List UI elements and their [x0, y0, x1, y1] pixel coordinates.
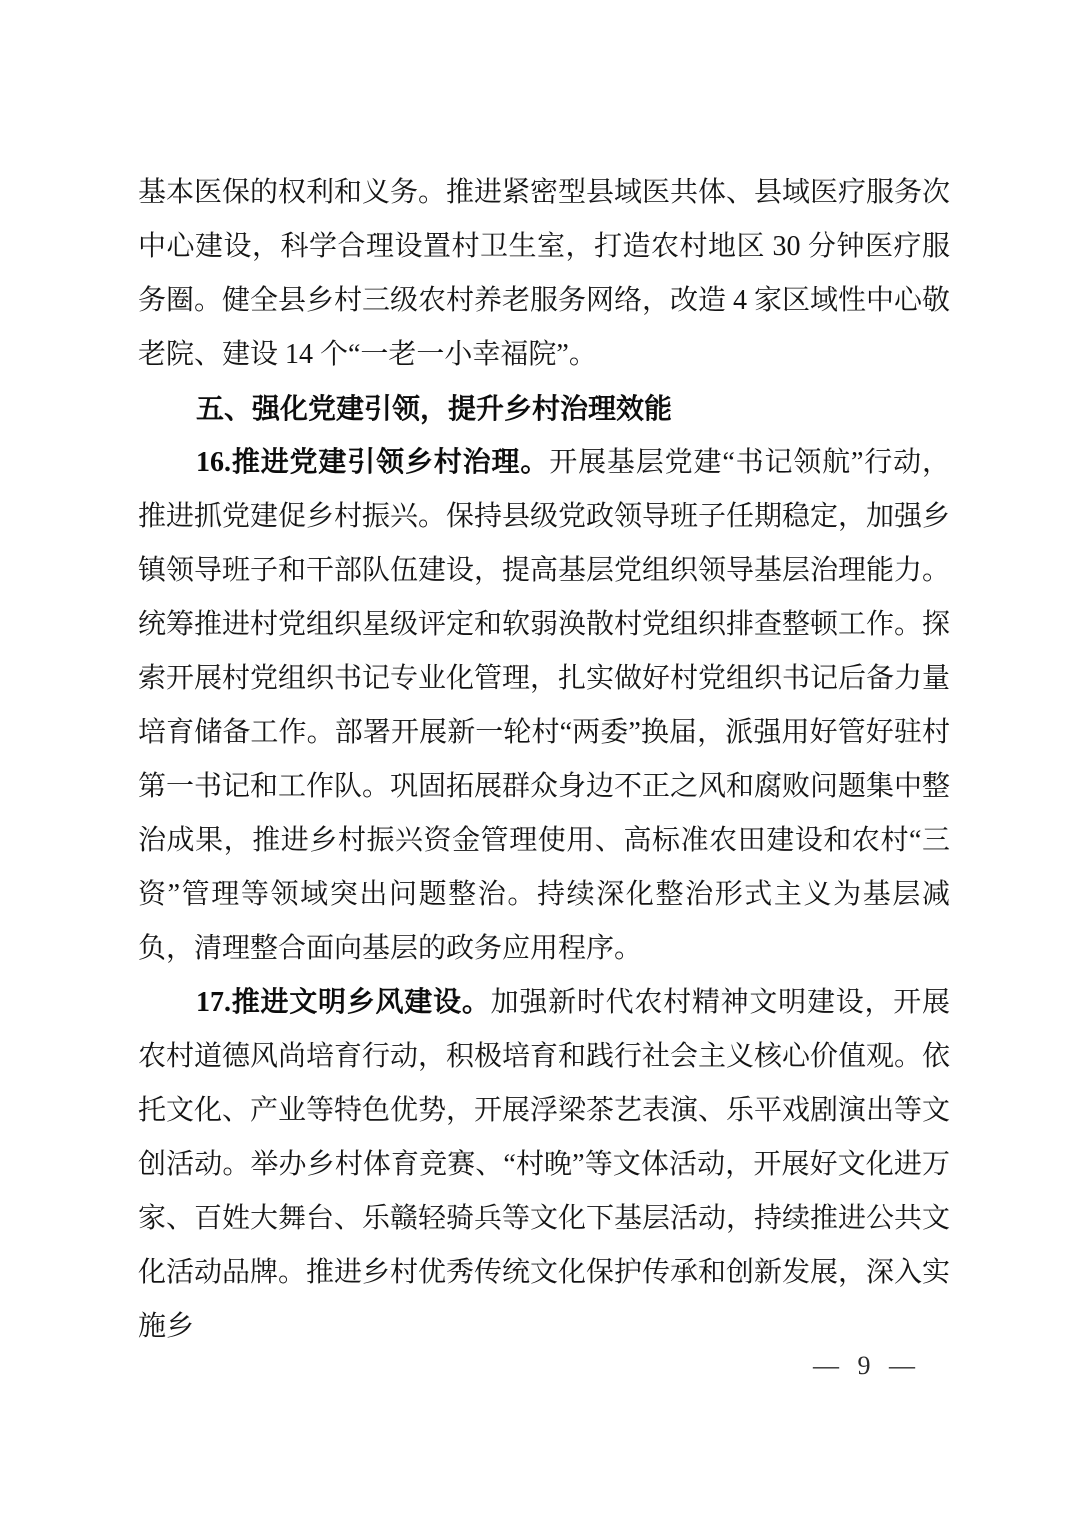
paragraph: 基本医保的权利和义务。推进紧密型县域医共体、县域医疗服务次中心建设，科学合理设置… [138, 166, 950, 382]
page-number: — 9 — [813, 1346, 916, 1386]
paragraph-lead: 17.推进文明乡风建设。 [196, 987, 491, 1018]
paragraph: 17.推进文明乡风建设。加强新时代农村精神文明建设，开展农村道德风尚培育行动，积… [138, 976, 950, 1354]
document-page: 基本医保的权利和义务。推进紧密型县域医共体、县域医疗服务次中心建设，科学合理设置… [0, 0, 1074, 1520]
section-heading: 五、强化党建引领，提升乡村治理效能 [138, 382, 950, 436]
paragraph: 16.推进党建引领乡村治理。开展基层党建“书记领航”行动，推进抓党建促乡村振兴。… [138, 436, 950, 976]
document-body: 基本医保的权利和义务。推进紧密型县域医共体、县域医疗服务次中心建设，科学合理设置… [138, 166, 950, 1354]
paragraph-lead: 16.推进党建引领乡村治理。 [196, 447, 549, 478]
